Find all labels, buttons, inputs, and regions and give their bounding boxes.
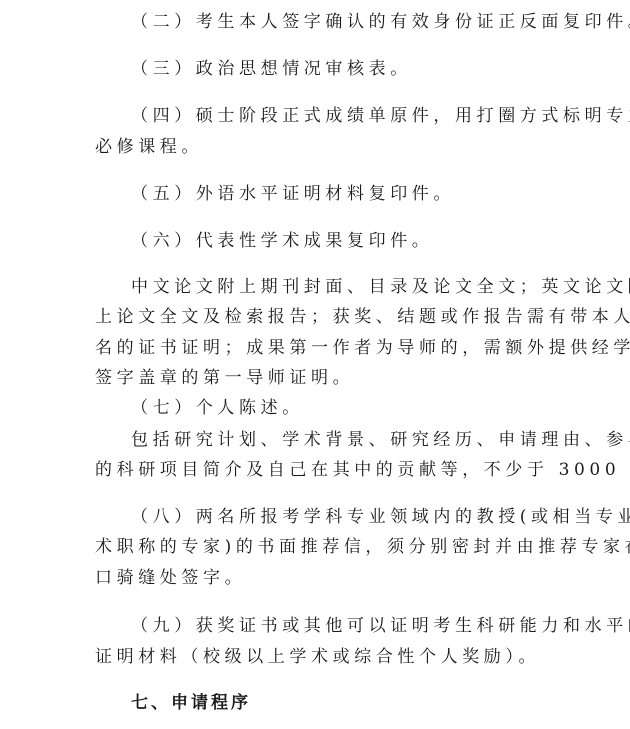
document-page: （二）考生本人签字确认的有效身份证正反面复印件。 （三）政治思想情况审核表。 （… bbox=[0, 0, 630, 729]
item-6-line-1: （六）代表性学术成果复印件。 bbox=[131, 230, 537, 252]
item-8-line-3: 口骑缝处签字。 bbox=[95, 567, 537, 589]
item-7-line-1: （七）个人陈述。 bbox=[131, 397, 537, 419]
item-7-note-line-2: 的科研项目简介及自己在其中的贡献等，不少于 3000 字。 bbox=[95, 459, 537, 481]
item-8-line-1: （八）两名所报考学科专业领域内的教授(或相当专业技 bbox=[131, 506, 537, 528]
item-6-note-line-4: 签字盖章的第一导师证明。 bbox=[95, 367, 537, 389]
item-9-line-1: （九）获奖证书或其他可以证明考生科研能力和水平的 bbox=[131, 615, 537, 637]
item-6-note-line-2: 上论文全文及检索报告；获奖、结题或作报告需有带本人姓 bbox=[95, 306, 537, 328]
item-2-line-1: （二）考生本人签字确认的有效身份证正反面复印件。 bbox=[131, 11, 537, 33]
item-3-line-1: （三）政治思想情况审核表。 bbox=[131, 58, 537, 80]
item-5-line-1: （五）外语水平证明材料复印件。 bbox=[131, 183, 537, 205]
item-9-line-2: 证明材料（校级以上学术或综合性个人奖励）。 bbox=[95, 646, 537, 668]
item-4-line-1: （四）硕士阶段正式成绩单原件，用打圈方式标明专业 bbox=[131, 105, 537, 127]
item-8-line-2: 术职称的专家)的书面推荐信，须分别密封并由推荐专家在封 bbox=[95, 536, 537, 558]
item-4-line-2: 必修课程。 bbox=[95, 136, 537, 158]
item-6-note-line-1: 中文论文附上期刊封面、目录及论文全文；英文论文附 bbox=[131, 276, 537, 298]
section-heading: 七、申请程序 bbox=[131, 692, 573, 714]
item-7-note-line-1: 包括研究计划、学术背景、研究经历、申请理由、参与 bbox=[131, 429, 537, 451]
item-6-note-line-3: 名的证书证明；成果第一作者为导师的，需额外提供经学院 bbox=[95, 337, 537, 359]
